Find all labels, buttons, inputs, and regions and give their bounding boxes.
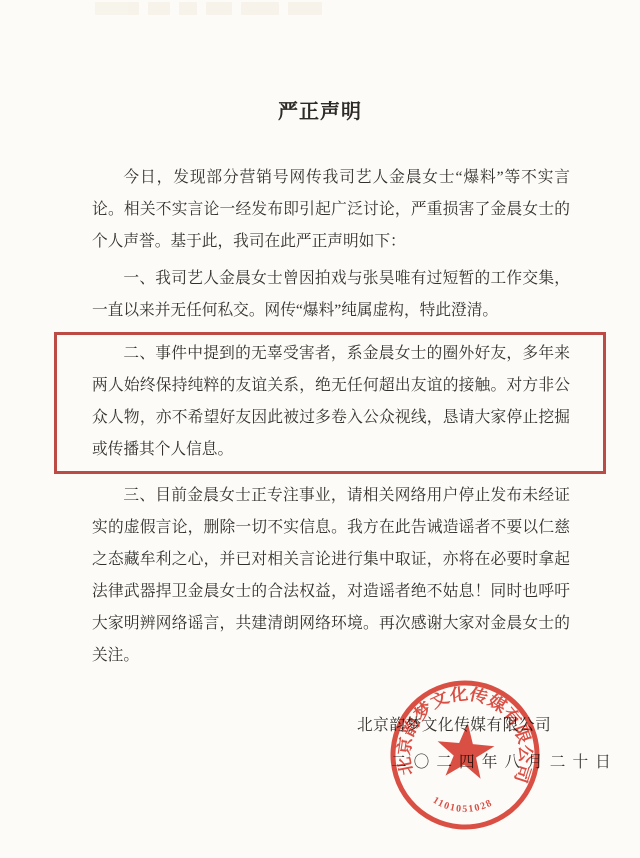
statement-document-page: 严正声明 今日，发现部分营销号网传我司艺人金晨女士“爆料”等不实言论。相关不实言… bbox=[0, 0, 640, 858]
document-title: 严正声明 bbox=[0, 95, 640, 124]
paragraph-point-2-highlighted: 二、事件中提到的无辜受害者，系金晨女士的圈外好友，多年来两人始终保持纯粹的友谊关… bbox=[92, 338, 570, 466]
cropped-header-artifact bbox=[95, 2, 345, 15]
paragraph-point-1: 一、我司艺人金晨女士曾因拍戏与张昊唯有过短暂的工作交集，一直以来并无任何私交。网… bbox=[92, 263, 570, 327]
company-seal-stamp: 北京韵梦文化传媒有限公司 1101051028534 bbox=[378, 668, 551, 841]
paragraph-intro: 今日，发现部分营销号网传我司艺人金晨女士“爆料”等不实言论。相关不实言论一经发布… bbox=[92, 162, 570, 258]
red-highlight-box: 二、事件中提到的无辜受害者，系金晨女士的圈外好友，多年来两人始终保持纯粹的友谊关… bbox=[54, 332, 606, 474]
seal-star-icon bbox=[435, 721, 497, 780]
paragraph-point-3: 三、目前金晨女士正专注事业，请相关网络用户停止发布未经证实的虚假言论，删除一切不… bbox=[92, 480, 570, 672]
document-body: 今日，发现部分营销号网传我司艺人金晨女士“爆料”等不实言论。相关不实言论一经发布… bbox=[92, 162, 570, 677]
